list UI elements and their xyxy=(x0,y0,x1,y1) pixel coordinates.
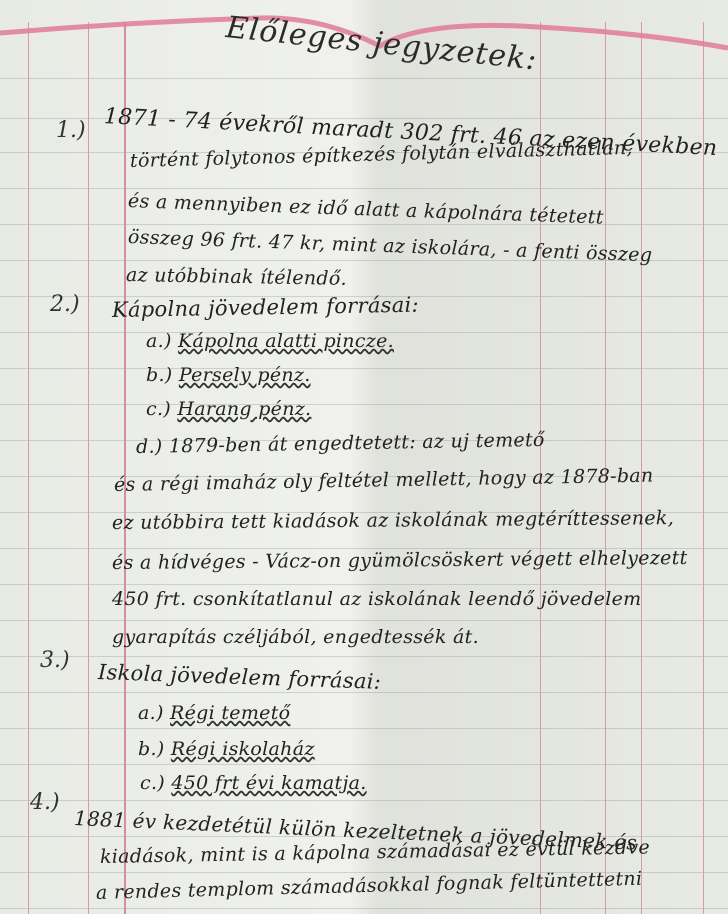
ruled-line xyxy=(0,188,728,189)
ruled-line xyxy=(0,78,728,79)
list-item: a.) Kápolna alatti pincze. xyxy=(146,330,394,352)
section-number: 3.) xyxy=(40,648,70,673)
text-line: 450 frt. csonkítatlanul az iskolának lee… xyxy=(112,588,641,610)
margin-rule xyxy=(28,22,29,914)
text-line: az utóbbinak ítélendő. xyxy=(126,264,347,290)
list-item: c.) 450 frt évi kamatja. xyxy=(140,772,367,794)
ruled-line xyxy=(0,620,728,621)
text-line: kiadások, mint is a kápolna számadásai e… xyxy=(100,836,650,868)
ruled-line xyxy=(0,656,728,657)
item-text: Régi iskolaház xyxy=(171,738,315,760)
section-number: 4.) xyxy=(30,790,60,815)
item-label: c.) xyxy=(140,772,165,794)
margin-rule xyxy=(88,22,89,914)
ruled-line xyxy=(0,404,728,405)
ruled-line xyxy=(0,800,728,801)
item-label: b.) xyxy=(138,738,165,760)
item-label: d.) xyxy=(136,436,163,458)
list-item: c.) Harang pénz. xyxy=(146,398,311,420)
text-line: és a hídvéges - Vácz-on gyümölcsöskert v… xyxy=(112,547,688,574)
margin-rule xyxy=(124,22,126,914)
ruled-line xyxy=(0,764,728,765)
text-line: és a mennyiben ez idő alatt a kápolnára … xyxy=(128,190,604,229)
text-line: ez utóbbira tett kiadások az iskolának m… xyxy=(112,507,674,534)
ruled-line xyxy=(0,368,728,369)
ruled-line xyxy=(0,584,728,585)
ruled-line xyxy=(0,224,728,225)
ruled-line xyxy=(0,908,728,909)
text-line: és a régi imaház oly feltétel mellett, h… xyxy=(114,465,654,496)
item-label: a.) xyxy=(146,330,172,352)
item-label: c.) xyxy=(146,398,171,420)
item-label: b.) xyxy=(146,364,173,386)
text-line: a rendes templom számadásokkal fognak fe… xyxy=(96,868,643,904)
section-number: 2.) xyxy=(50,292,80,317)
item-text: 450 frt évi kamatja. xyxy=(171,772,366,794)
list-item: b.) Régi iskolaház xyxy=(138,738,315,760)
item-text: Persely pénz. xyxy=(179,364,311,386)
ruled-line xyxy=(0,728,728,729)
item-text: Kápolna alatti pincze. xyxy=(178,330,394,352)
item-text: 1879-ben át engedtetett: az uj temető xyxy=(169,429,545,458)
list-item: d.) 1879-ben át engedtetett: az uj temet… xyxy=(136,429,545,458)
list-item: b.) Persely pénz. xyxy=(146,364,311,386)
section-heading: Iskola jövedelem forrásai: xyxy=(98,660,382,694)
text-line: gyarapítás czéljából, engedtessék át. xyxy=(112,626,479,648)
item-label: a.) xyxy=(138,702,164,724)
item-text: Harang pénz. xyxy=(177,398,311,420)
ledger-page: Előleges jegyzetek: 1.) 1871 - 74 évekrő… xyxy=(0,0,728,914)
list-item: a.) Régi temető xyxy=(138,702,290,724)
item-text: Régi temető xyxy=(170,702,290,724)
section-number: 1.) xyxy=(56,118,86,143)
section-heading: Kápolna jövedelem forrásai: xyxy=(112,293,419,322)
